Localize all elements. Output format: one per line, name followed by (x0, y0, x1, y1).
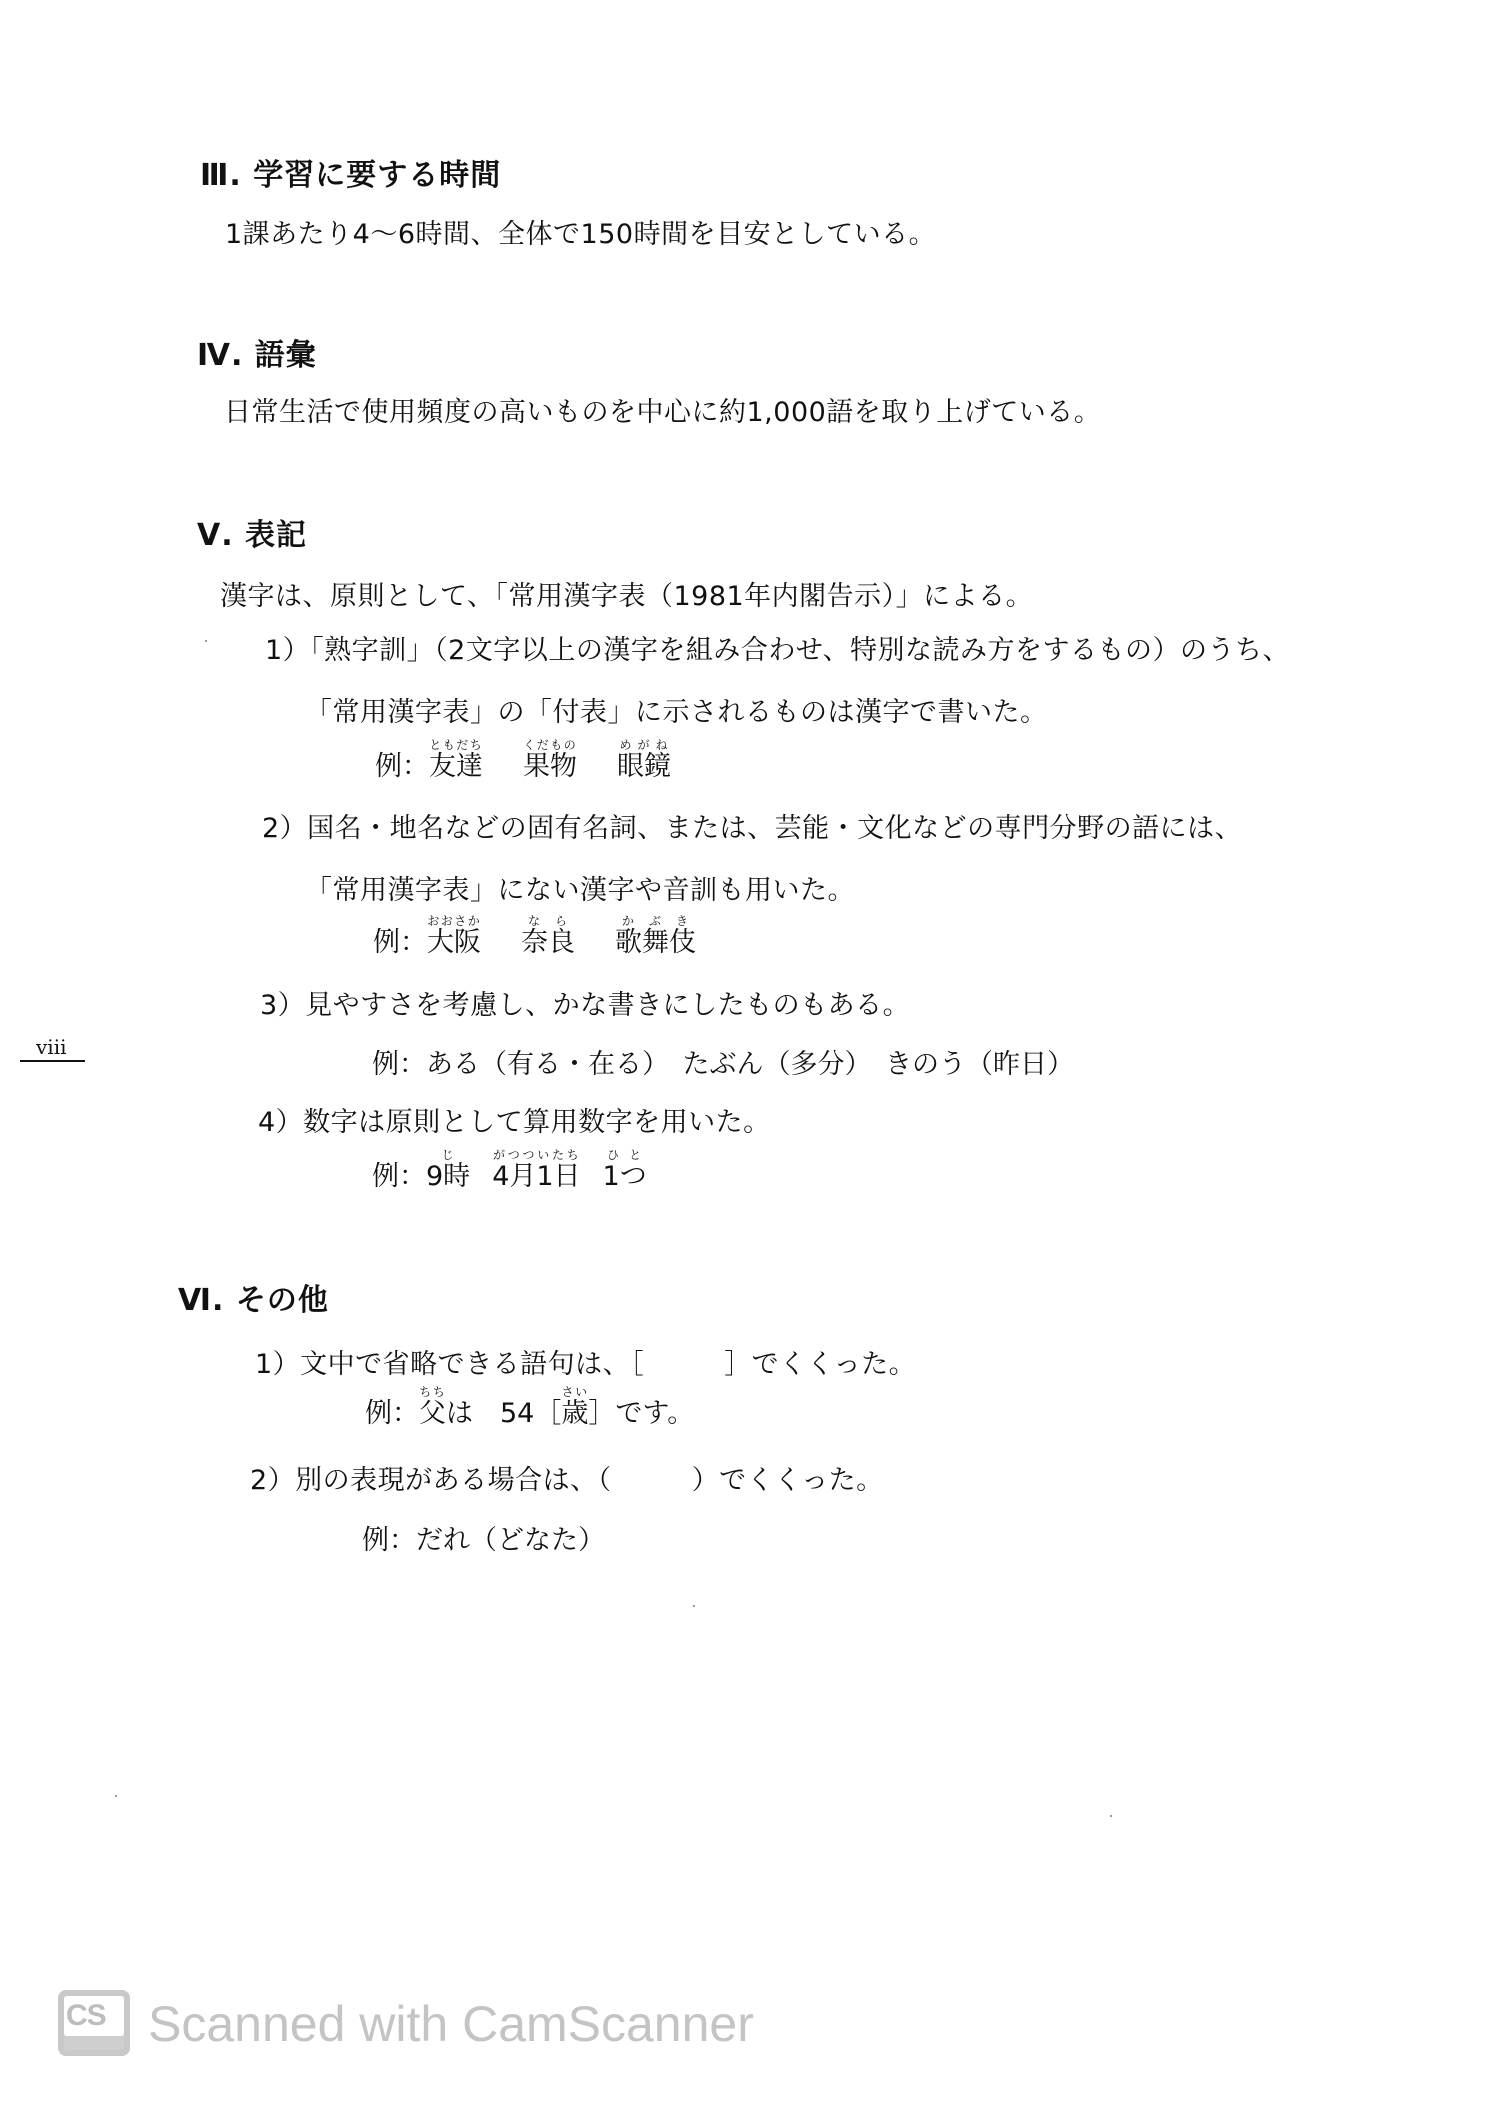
notation-item-1-example: 例：友達ともだち果物くだもの眼鏡めがね (375, 738, 671, 783)
camscanner-watermark-text: Scanned with CamScanner (148, 1995, 754, 2053)
page-number-underline (20, 1060, 85, 1062)
notation-intro: 漢字は、原則として、「常用漢字表（1981年内閣告示）」による。 (220, 574, 1033, 613)
page-number: viii (36, 1035, 67, 1059)
other-item-1-line1: 1）文中で省略できる語句は、［］でくくった。 (255, 1342, 916, 1381)
notation-item-2-example: 例：大阪おおさか奈良なら歌舞伎かぶき (373, 914, 696, 959)
example-label: 例： (373, 927, 427, 958)
example-text: ある（有る・在る） たぶん（多分） きのう（昨日） (426, 1049, 1074, 1080)
camscanner-logo-icon: CS (58, 1990, 130, 2056)
example-word: 友達ともだち (429, 751, 483, 782)
example-word: 奈良なら (521, 927, 575, 958)
notation-item-4-line1: 4）数字は原則として算用数字を用いた。 (258, 1100, 771, 1139)
section-heading-vocabulary: Ⅳ. 語彙 (197, 330, 317, 374)
section-heading-other: Ⅵ. その他 (178, 1275, 329, 1319)
example-word: 歳さい (561, 1398, 588, 1429)
example-word: 歌舞伎かぶき (615, 927, 696, 958)
example-label: 例： (372, 1049, 426, 1080)
example-word: 大阪おおさか (427, 927, 481, 958)
example-label: 例： (372, 1161, 426, 1192)
scan-speck (115, 1795, 117, 1797)
section-heading-notation: Ⅴ. 表記 (197, 510, 307, 554)
notation-item-1-line2: 「常用漢字表」の「付表」に示されるものは漢字で書いた。 (305, 690, 1048, 729)
notation-item-4-example: 例：9時じ4月1日がつついたち1つひと (372, 1148, 647, 1193)
example-label: 例： (375, 751, 429, 782)
scan-speck (205, 640, 207, 642)
notation-item-2-line2: 「常用漢字表」にない漢字や音訓も用いた。 (305, 868, 855, 907)
section-heading-study-time: Ⅲ. 学習に要する時間 (200, 150, 501, 194)
example-word: 父ちち (419, 1398, 446, 1429)
other-item-2-line1: 2）別の表現がある場合は、（）でくくった。 (250, 1458, 884, 1497)
notation-item-3-example: 例：ある（有る・在る） たぶん（多分） きのう（昨日） (372, 1042, 1074, 1081)
other-item-1-example: 例：父ちちは 54［歳さい］です。 (365, 1385, 694, 1430)
example-label: 例： (365, 1398, 419, 1429)
example-word: 1つひと (603, 1161, 647, 1192)
scan-speck (1110, 1815, 1112, 1817)
scan-speck (693, 1605, 695, 1607)
example-word: 9時じ (426, 1161, 470, 1192)
example-word: 眼鏡めがね (617, 751, 671, 782)
section-body-study-time: 1課あたり4～6時間、全体で150時間を目安としている。 (225, 212, 936, 251)
example-label: 例： (362, 1525, 416, 1556)
example-text: だれ（どなた） (416, 1525, 605, 1556)
example-word: 果物くだもの (523, 751, 577, 782)
example-word: 4月1日がつついたち (492, 1161, 580, 1192)
other-item-2-example: 例：だれ（どなた） (362, 1518, 605, 1557)
notation-item-2-line1: 2）国名・地名などの固有名詞、または、芸能・文化などの専門分野の語には、 (262, 806, 1242, 845)
section-body-vocabulary: 日常生活で使用頻度の高いものを中心に約1,000語を取り上げている。 (224, 390, 1101, 429)
notation-item-3-line1: 3）見やすさを考慮し、かな書きにしたものもある。 (260, 983, 910, 1022)
notation-item-1-line1: 1）「熟字訓」（2文字以上の漢字を組み合わせ、特別な読み方をするもの）のうち、 (265, 628, 1290, 667)
